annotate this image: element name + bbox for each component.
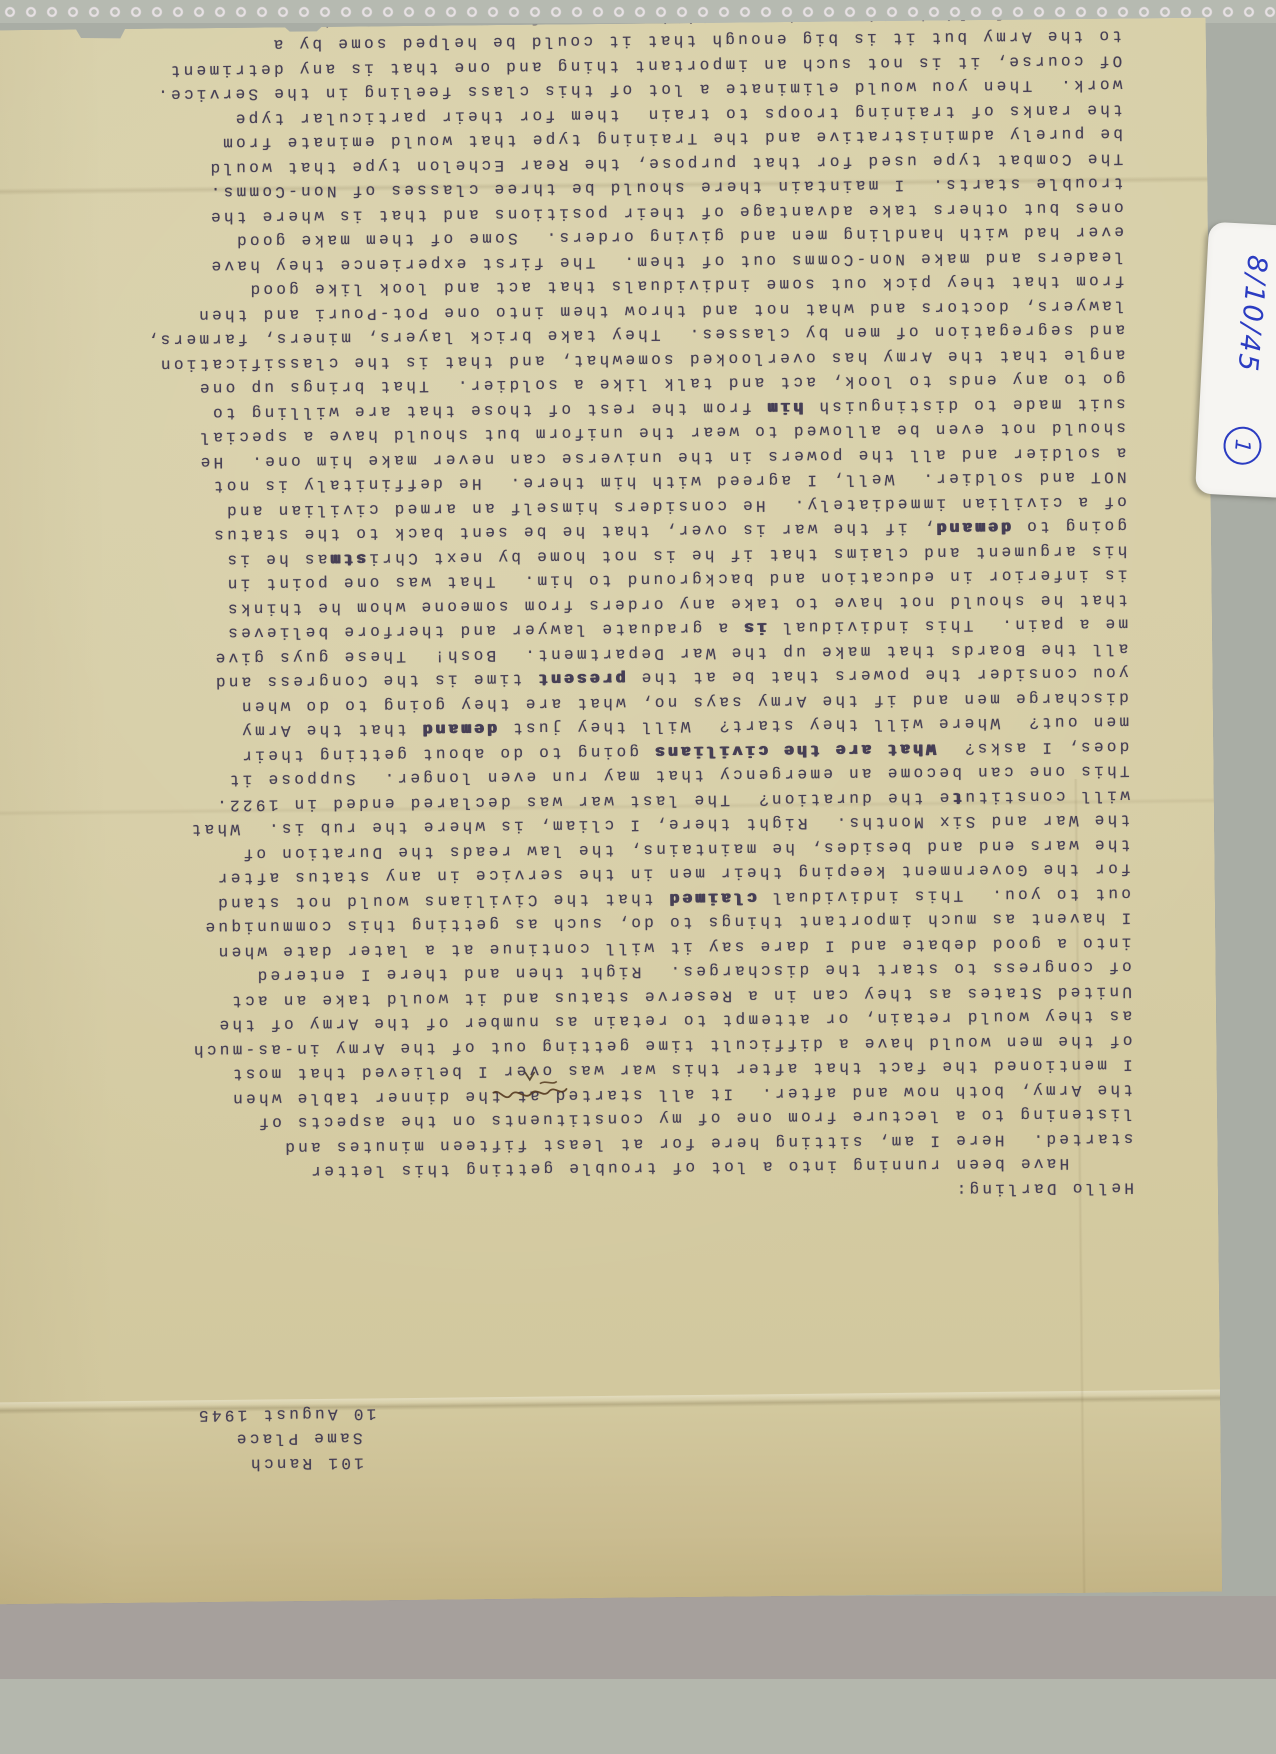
scanner-bed-shadow-band (0, 1596, 1276, 1679)
label-page-number-circled: 1 (1222, 425, 1263, 466)
letter-paper-sheet: 101 RanchSame Place10 August 1945 Hello … (0, 18, 1222, 1605)
letter-body: Hello Darling: Have been running into a … (127, 0, 1135, 1283)
archive-label-sticker: 8/10/45 1 (1195, 222, 1276, 499)
typed-line: Same Place (142, 1425, 376, 1452)
scanner-bed-lower-band (0, 1679, 1276, 1754)
typed-line: 101 Ranch (143, 1450, 377, 1477)
letter-content: 101 RanchSame Place10 August 1945 Hello … (0, 18, 1222, 1605)
typed-line: 10 August 1945 (142, 1401, 376, 1428)
upside-down-letter: 101 RanchSame Place10 August 1945 Hello … (0, 18, 1222, 1605)
scanned-letter-page: 101 RanchSame Place10 August 1945 Hello … (0, 0, 1276, 1754)
handwritten-insertion-mark (489, 1072, 571, 1101)
label-handwritten-date: 8/10/45 (1231, 238, 1274, 390)
letter-heading: 101 RanchSame Place10 August 1945 (142, 1401, 377, 1477)
